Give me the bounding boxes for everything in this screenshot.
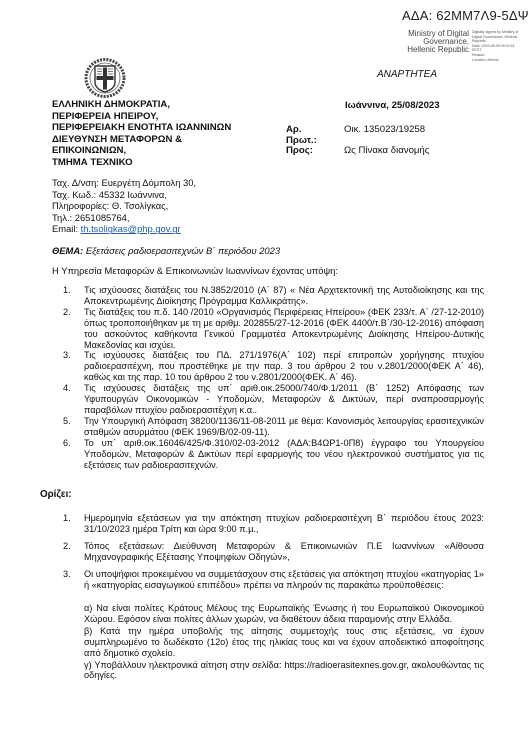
protocol-value: Οικ. 135023/19258 (344, 124, 425, 135)
protocol-label: Αρ. Πρωτ.: (286, 124, 317, 146)
list-item: 1.Ημερομηνία εξετάσεων για την απόκτηση … (52, 513, 484, 535)
requirement-item: γ) Υποβάλλουν ηλεκτρονικά αίτηση στην σε… (52, 660, 484, 682)
subject-line: ΘΕΜΑ: Εξετάσεις ραδιοερασιτεχνών Β΄ περι… (52, 245, 280, 256)
subject-label: ΘΕΜΑ: (52, 245, 83, 256)
considerations-list: 1.Τις ισχύουσες διατάξεις του Ν.3852/201… (52, 285, 484, 470)
postal-code: Ταχ. Κωδ.: 45332 Ιωάννινα, (52, 189, 196, 201)
requirement-item: β) Κατά την ημέρα υποβολής της αίτησης σ… (52, 626, 484, 659)
greek-coat-of-arms-icon (84, 58, 126, 98)
email-label: Email: (52, 223, 81, 234)
requirement-item: α) Να είναι πολίτες Κράτους Μέλους της Ε… (52, 603, 484, 625)
list-item: 1.Τις ισχύουσες διατάξεις του Ν.3852/201… (52, 285, 484, 307)
signature-details: Digitally signed by Ministry of Digital … (472, 30, 524, 62)
signature-org: Ministry of Digital Governance, Hellenic… (405, 30, 469, 54)
list-item: 5.Την Υπουργική Απόφαση 38200/1136/11-08… (52, 416, 484, 438)
recipient-value: Ως Πίνακα διανομής (344, 145, 429, 156)
recipient-label: Προς: (286, 145, 313, 156)
contact-block: Ταχ. Δ/νση: Ευεργέτη Δόμπολη 30, Ταχ. Κω… (52, 177, 196, 235)
phone-number: Τηλ.: 2651085764, (52, 212, 196, 224)
list-item: 3.Οι υποψήφιοι προκειμένου να συμμετάσχο… (52, 569, 484, 591)
subject-text: Εξετάσεις ραδιοερασιτεχνών Β΄ περιόδου 2… (83, 245, 280, 256)
contact-person: Πληροφορίες: Θ. Τσολίγκας, (52, 200, 196, 212)
posting-status: ΑΝΑΡΤΗΤΕΑ (377, 69, 437, 80)
list-item: 2.Τις διατάξεις του π.δ. 140 /2010 «Οργα… (52, 307, 484, 351)
decides-heading: Ορίζει: (40, 489, 72, 500)
email-row: Email: th.tsoligkas@php.gov.gr (52, 223, 196, 235)
email-link[interactable]: th.tsoligkas@php.gov.gr (81, 223, 181, 234)
place-date: Ιωάννινα, 25/08/2023 (345, 100, 440, 111)
postal-address: Ταχ. Δ/νση: Ευεργέτη Δόμπολη 30, (52, 177, 196, 189)
requirements-list: α) Να είναι πολίτες Κράτους Μέλους της Ε… (52, 603, 484, 681)
list-item: 2.Τόπος εξετάσεων: Διεύθυνση Μεταφορών &… (52, 541, 484, 563)
list-item: 3.Τις ισχύουσες διατάξεις του ΠΔ. 271/19… (52, 350, 484, 383)
list-item: 6.Το υπ΄ αριθ.οικ.16046/425/Φ.310/02-03-… (52, 438, 484, 471)
intro-text: Η Υπηρεσία Μεταφορών & Επικοινωνιών Ιωαν… (52, 265, 338, 276)
list-item: 4.Τις ισχύουσες διατάξεις της υπ΄ αριθ.ο… (52, 383, 484, 416)
issuer-block: ΕΛΛΗΝΙΚΗ ΔΗΜΟΚΡΑΤΙΑ, ΠΕΡΙΦΕΡΕΙΑ ΗΠΕΙΡΟΥ,… (52, 99, 231, 169)
decisions-list: 1.Ημερομηνία εξετάσεων για την απόκτηση … (52, 513, 484, 596)
ada-code: ΑΔΑ: 62ΜΜ7Λ9-5ΔΨ (402, 8, 529, 23)
